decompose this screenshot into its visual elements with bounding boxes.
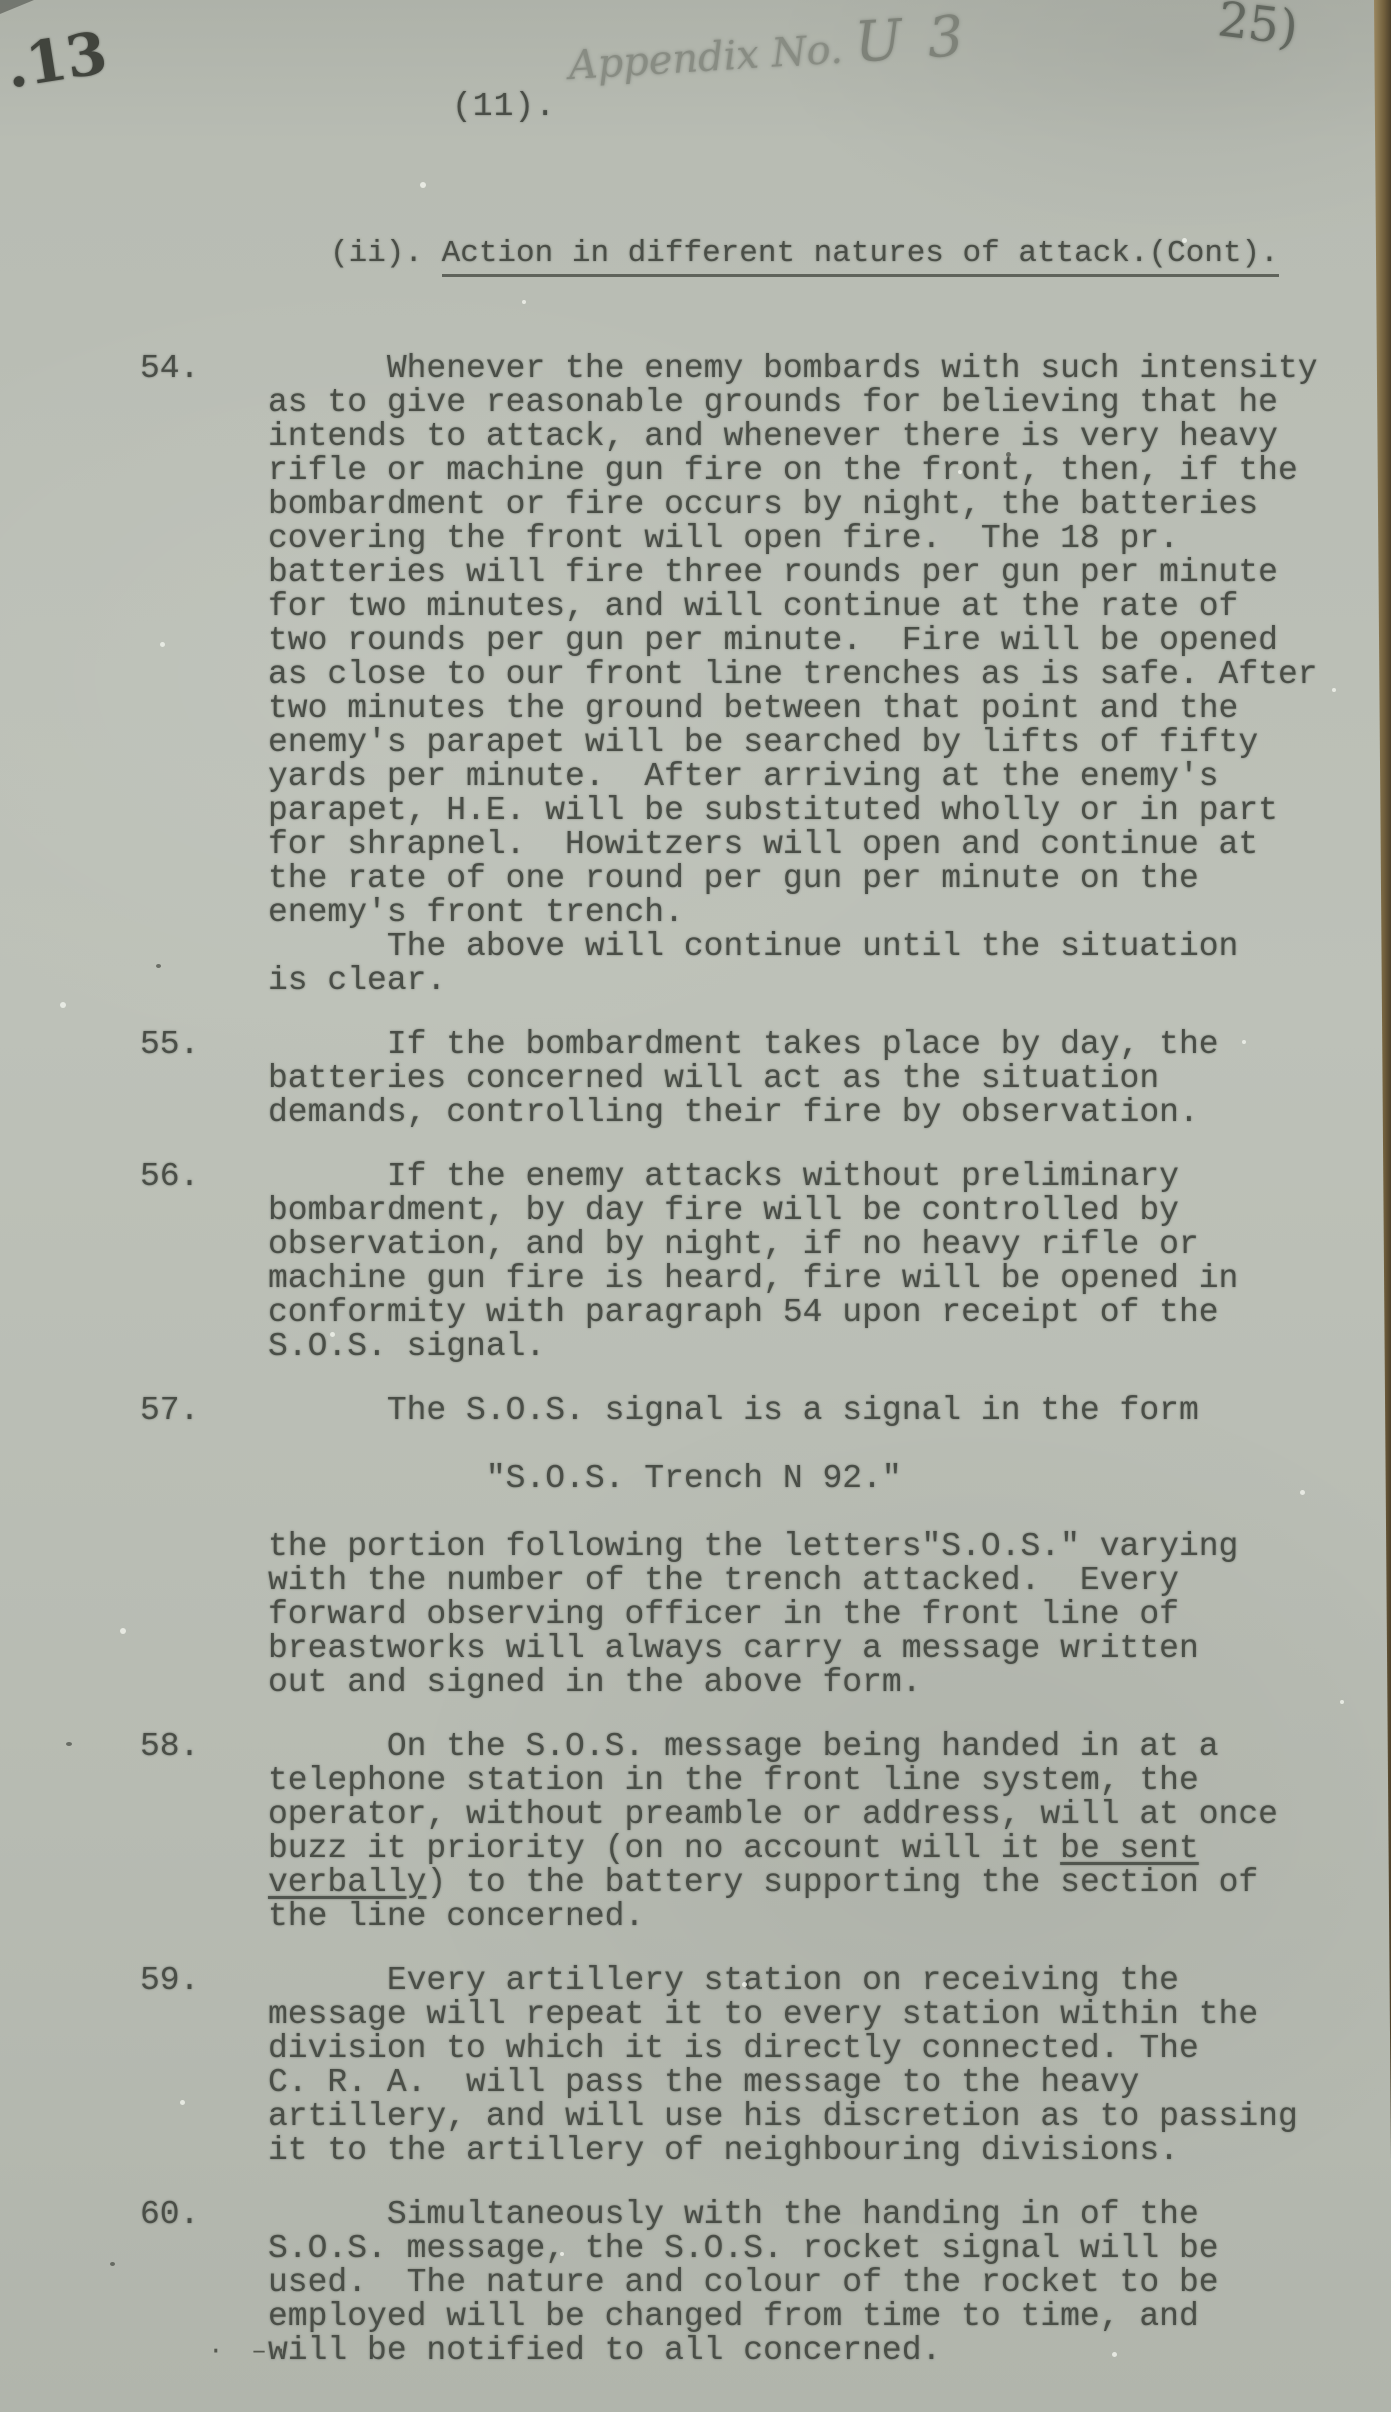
page-corner-shadow [0, 0, 34, 14]
paragraph-text: If the bombardment takes place by day, t… [268, 1028, 1371, 1130]
paragraph-line: two rounds per gun per minute. Fire will… [268, 624, 1371, 658]
paragraph-text: Whenever the enemy bombards with such in… [268, 352, 1371, 998]
paper-speck [420, 182, 426, 188]
paragraph-text: Simultaneously with the handing in of th… [268, 2198, 1371, 2368]
paragraph-line: conformity with paragraph 54 upon receip… [268, 1296, 1371, 1330]
paragraph-line: C. R. A. will pass the message to the he… [268, 2066, 1371, 2100]
page-number: (11). [452, 90, 556, 124]
paragraph-line: S.O.S. signal. [268, 1330, 1371, 1364]
paragraph-line [268, 1496, 1371, 1530]
paper-speck [60, 1002, 66, 1008]
appendix-label: Appendix No. [567, 26, 856, 89]
paragraph-line: for shrapnel. Howitzers will open and co… [268, 828, 1371, 862]
paper-speck [560, 2252, 564, 2256]
paragraph-line: division to which it is directly connect… [268, 2032, 1371, 2066]
paper-speck [180, 2100, 185, 2105]
paragraph: 58. On the S.O.S. message being handed i… [140, 1730, 1371, 1934]
paragraphs: 54. Whenever the enemy bombards with suc… [140, 352, 1371, 2398]
paragraph-line: the rate of one round per gun per minute… [268, 862, 1371, 896]
section-heading: (ii). Action in different natures of att… [330, 236, 1279, 271]
paragraph-number: 58. [140, 1730, 268, 1934]
paragraph-line: bombardment or fire occurs by night, the… [268, 488, 1371, 522]
paragraph-line: parapet, H.E. will be substituted wholly… [268, 794, 1371, 828]
paragraph: 57. The S.O.S. signal is a signal in the… [140, 1394, 1371, 1700]
paragraph-line: the line concerned. [268, 1900, 1371, 1934]
paper-speck [742, 1982, 747, 1987]
underlined-text: be sent [1060, 1830, 1199, 1867]
paragraph-line [268, 1428, 1371, 1462]
paragraph-line: artillery, and will use his discretion a… [268, 2100, 1371, 2134]
stamp-number: .13 [1, 19, 111, 102]
paragraph-line: demands, controlling their fire by obser… [268, 1096, 1371, 1130]
paragraph-line: If the enemy attacks without preliminary [268, 1160, 1371, 1194]
paragraph-line: out and signed in the above form. [268, 1666, 1371, 1700]
paragraph-line: it to the artillery of neighbouring divi… [268, 2134, 1371, 2168]
paragraph-line: observation, and by night, if no heavy r… [268, 1228, 1371, 1262]
paragraph-number: 56. [140, 1160, 268, 1364]
paragraph-line: The above will continue until the situat… [268, 930, 1371, 964]
paragraph-line: "S.O.S. Trench N 92." [268, 1462, 1371, 1496]
paper-speck [1332, 688, 1336, 692]
paragraph-line: is clear. [268, 964, 1371, 998]
paragraph-line: rifle or machine gun fire on the front, … [268, 454, 1371, 488]
appendix-number: U 3 [853, 4, 969, 76]
ink-speck [1006, 452, 1011, 457]
paragraph-line: used. The nature and colour of the rocke… [268, 2266, 1371, 2300]
paragraph-line: If the bombardment takes place by day, t… [268, 1028, 1371, 1062]
paragraph-line: The S.O.S. signal is a signal in the for… [268, 1394, 1371, 1428]
paragraph-line: the portion following the letters"S.O.S.… [268, 1530, 1371, 1564]
paragraph-line: Every artillery station on receiving the [268, 1964, 1371, 1998]
page-edge-backing [1374, 0, 1391, 2160]
text-segment: ) to the battery supporting the section … [426, 1864, 1258, 1901]
paragraph-line: enemy's front trench. [268, 896, 1371, 930]
text-segment: buzz it priority (on no account will it [268, 1830, 1060, 1867]
paragraph-line: operator, without preamble or address, w… [268, 1798, 1371, 1832]
paragraph-line: On the S.O.S. message being handed in at… [268, 1730, 1371, 1764]
paragraph-line: batteries will fire three rounds per gun… [268, 556, 1371, 590]
paragraph-line: buzz it priority (on no account will it … [268, 1832, 1371, 1866]
paragraph: 60. Simultaneously with the handing in o… [140, 2198, 1371, 2368]
paragraph-line: telephone station in the front line syst… [268, 1764, 1371, 1798]
paragraph-line: as close to our front line trenches as i… [268, 658, 1371, 692]
paragraph-line: yards per minute. After arriving at the … [268, 760, 1371, 794]
paragraph-line: intends to attack, and whenever there is… [268, 420, 1371, 454]
paragraph-line: enemy's parapet will be searched by lift… [268, 726, 1371, 760]
paragraph-line: verbally) to the battery supporting the … [268, 1866, 1371, 1900]
paper-speck [522, 300, 526, 304]
paragraph: 55. If the bombardment takes place by da… [140, 1028, 1371, 1130]
paragraph-line: Whenever the enemy bombards with such in… [268, 352, 1371, 386]
paragraph: 56. If the enemy attacks without prelimi… [140, 1160, 1371, 1364]
paper-speck [120, 1628, 126, 1634]
paragraph-text: Every artillery station on receiving the… [268, 1964, 1371, 2168]
paragraph-line: breastworks will always carry a message … [268, 1632, 1371, 1666]
paper-speck [1112, 2352, 1117, 2357]
paper-speck [1182, 238, 1187, 243]
paper-speck [1300, 1490, 1305, 1495]
ink-speck [66, 1742, 72, 1746]
paragraph-line: message will repeat it to every station … [268, 1998, 1371, 2032]
paragraph-line: as to give reasonable grounds for believ… [268, 386, 1371, 420]
paragraph: 54. Whenever the enemy bombards with suc… [140, 352, 1371, 998]
paper-speck [958, 470, 962, 474]
paragraph-line: bombardment, by day fire will be control… [268, 1194, 1371, 1228]
paragraph-line: employed will be changed from time to ti… [268, 2300, 1371, 2334]
appendix-annotation: Appendix No. U 3 [566, 4, 969, 93]
paragraph-line: covering the front will open fire. The 1… [268, 522, 1371, 556]
section-heading-prefix: (ii). [330, 236, 442, 271]
paragraph-number: 55. [140, 1028, 268, 1130]
paragraph-line: forward observing officer in the front l… [268, 1598, 1371, 1632]
paragraph-text: On the S.O.S. message being handed in at… [268, 1730, 1371, 1934]
paragraph-text: If the enemy attacks without preliminary… [268, 1160, 1371, 1364]
paragraph-line: with the number of the trench attacked. … [268, 1564, 1371, 1598]
paragraph-line: S.O.S. message, the S.O.S. rocket signal… [268, 2232, 1371, 2266]
paragraph-text: The S.O.S. signal is a signal in the for… [268, 1394, 1371, 1700]
paper-speck [1242, 1040, 1246, 1044]
paper-speck [330, 1332, 335, 1337]
pencil-marks: · –· [208, 2348, 298, 2354]
document-page: .13 25) Appendix No. U 3 (11). (ii). Act… [0, 0, 1391, 2412]
paragraph-line: machine gun fire is heard, fire will be … [268, 1262, 1371, 1296]
corner-page-number: 25) [1215, 0, 1301, 57]
paragraph-line: two minutes the ground between that poin… [268, 692, 1371, 726]
paragraph-line: for two minutes, and will continue at th… [268, 590, 1371, 624]
paragraph: 59. Every artillery station on receiving… [140, 1964, 1371, 2168]
ink-speck [110, 2262, 115, 2266]
paper-speck [160, 642, 165, 647]
paragraph-line: will be notified to all concerned. [268, 2334, 1371, 2368]
section-heading-title: Action in different natures of attack.(C… [442, 236, 1279, 277]
paragraph-line: batteries concerned will act as the situ… [268, 1062, 1371, 1096]
paper-speck [1340, 1700, 1344, 1704]
ink-speck [156, 964, 161, 968]
paragraph-line: Simultaneously with the handing in of th… [268, 2198, 1371, 2232]
paragraph-number: 57. [140, 1394, 268, 1700]
underlined-text: verbally [268, 1864, 426, 1901]
paragraph-number: 59. [140, 1964, 268, 2168]
paragraph-number: 54. [140, 352, 268, 998]
